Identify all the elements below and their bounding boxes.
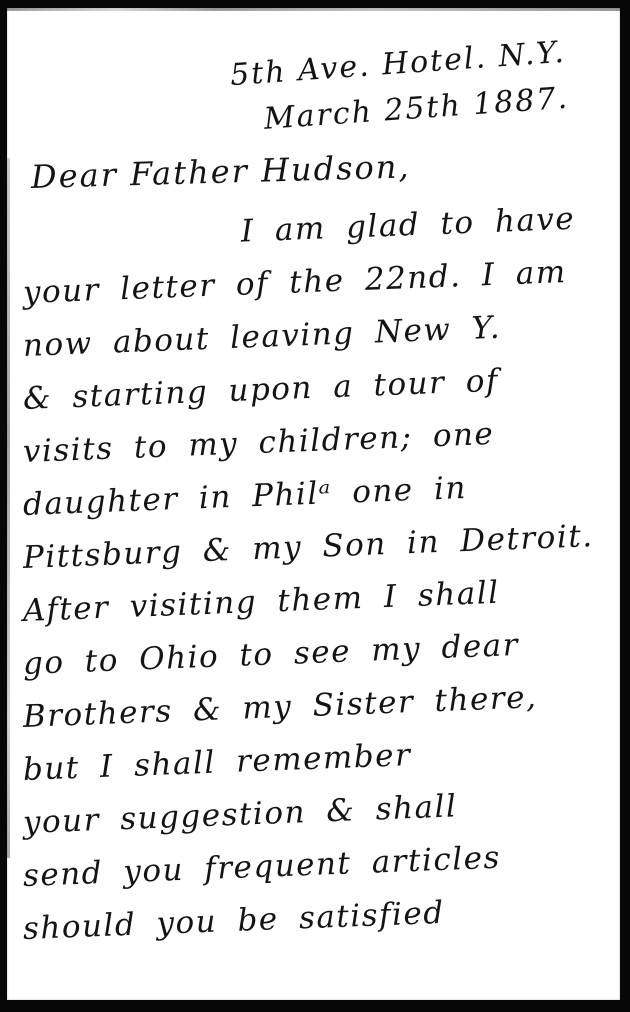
letter-body: I am glad to have your letter of the 22n…	[7, 214, 620, 956]
scan-frame: { "letter": { "heading": { "address": "5…	[0, 0, 630, 1012]
scan-artifact	[7, 158, 10, 858]
letter-content: 5th Ave. Hotel. N.Y. March 25th 1887. De…	[7, 8, 620, 956]
letter-page: 5th Ave. Hotel. N.Y. March 25th 1887. De…	[7, 8, 620, 1000]
scan-artifact	[7, 8, 620, 11]
